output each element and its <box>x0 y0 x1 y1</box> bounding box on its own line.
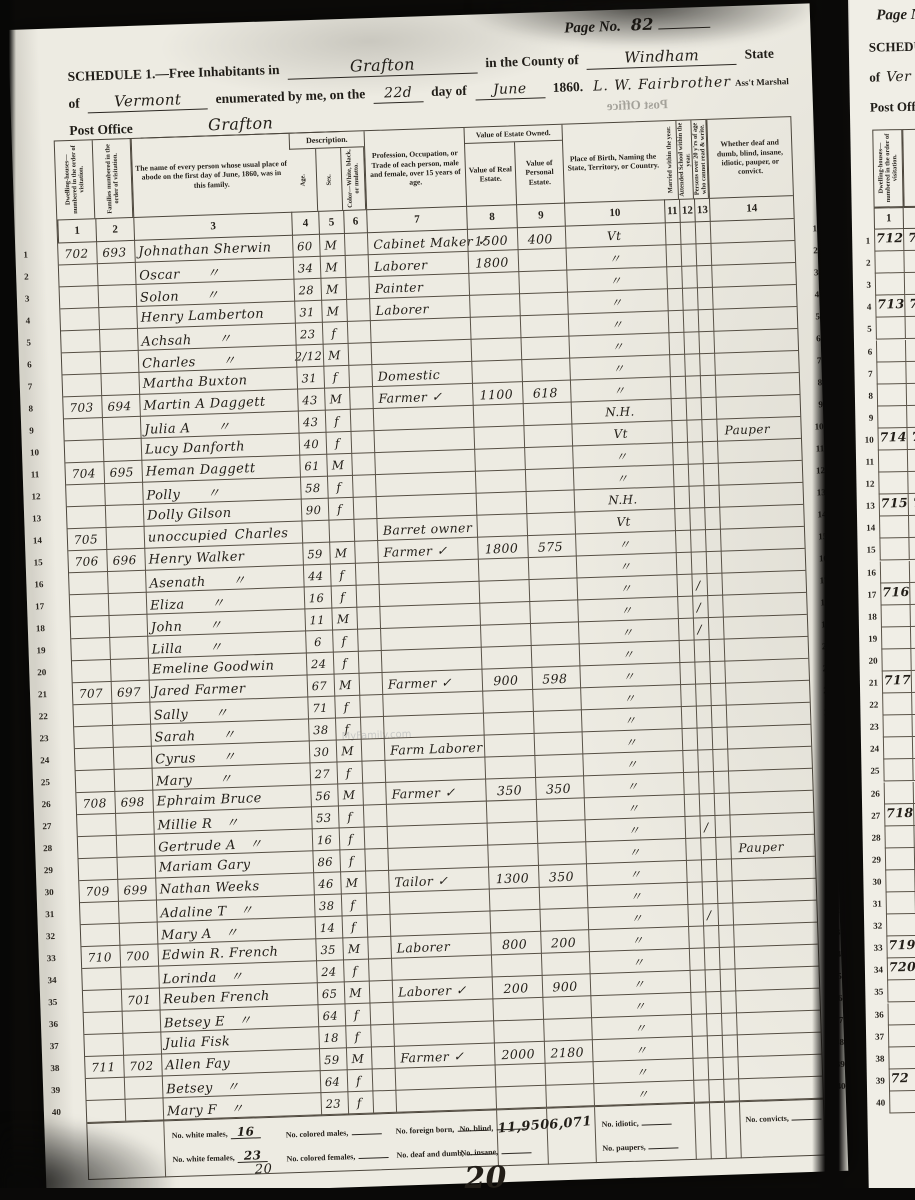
cell-birth: 〃 <box>593 1059 692 1084</box>
cell-real: 1100 <box>472 382 521 406</box>
bottom-scrawl: 20 <box>464 1160 508 1196</box>
row-number-right: 32 <box>817 899 840 922</box>
cell-age: 61 <box>299 455 325 478</box>
footer-line <box>724 1103 727 1159</box>
cell-occupation: Cabinet Maker ✓ <box>373 230 466 255</box>
footer-line <box>709 1103 712 1159</box>
cell-occupation: Barret owner <box>382 516 475 541</box>
col-number-remarks: 14 <box>709 195 794 222</box>
cell-dwelling: 708 <box>76 792 113 815</box>
col-header-family: Families numbered in the order of visita… <box>93 139 134 218</box>
cell-sex: f <box>339 828 363 851</box>
cell-age: 24 <box>316 960 342 983</box>
state-value: Vermont <box>114 90 182 110</box>
next-cell-dwelling <box>883 759 913 782</box>
cell-age: 27 <box>309 763 335 786</box>
bleedthrough-text: Post Office <box>607 96 669 114</box>
cell-school: / <box>702 904 716 926</box>
cell-real: 2000 <box>494 1042 543 1066</box>
next-of-label: of <box>869 69 880 85</box>
cell-personal: 575 <box>527 535 574 559</box>
col-header-name: The name of every person whose usual pla… <box>131 134 291 217</box>
cell-sex: f <box>327 476 351 499</box>
cell-sex: f <box>344 1004 368 1027</box>
cell-age: 44 <box>303 565 329 588</box>
cell-family: 698 <box>114 791 151 814</box>
cell-sex: f <box>331 586 355 609</box>
row-number-left: 9 <box>29 419 52 442</box>
row-number-right: 2 <box>795 239 818 262</box>
cell-dwelling: 710 <box>81 946 118 969</box>
row-number-right: 36 <box>820 987 843 1010</box>
footer-total-personal: 6,071 <box>548 1114 593 1133</box>
cell-family: 693 <box>96 241 133 264</box>
next-state-partial: Ver <box>886 69 911 85</box>
next-entry-family: 70 <box>909 296 915 311</box>
row-number-left: 19 <box>36 639 59 662</box>
cell-age: 65 <box>317 982 343 1005</box>
cell-occupation: Domestic <box>377 362 470 387</box>
row-number-left: 1 <box>23 243 46 266</box>
footer-paupers-label: No. paupers, <box>602 1142 646 1152</box>
cell-school: / <box>693 618 707 640</box>
next-cell-family <box>906 339 915 362</box>
row-number-left: 11 <box>30 463 53 486</box>
footer-count: No. white females,23 <box>172 1148 268 1165</box>
next-row-number: 16 <box>860 561 876 583</box>
col-number-personal: 9 <box>516 203 565 229</box>
next-cell-family <box>909 538 915 561</box>
cell-dwelling: 709 <box>79 880 116 903</box>
cell-occupation: Painter <box>374 274 467 299</box>
cell-birth: Vt <box>571 421 670 446</box>
footer-idiotic: No. idiotic, <box>601 1111 672 1129</box>
row-number-right: 39 <box>822 1053 845 1076</box>
next-entry-dwelling: 716 <box>882 584 910 599</box>
cell-sex: M <box>334 674 358 697</box>
row-number-right: 22 <box>810 679 833 702</box>
row-number-left: 24 <box>40 749 63 772</box>
cell-school: / <box>691 574 705 596</box>
page-number-line: Page No. 82 <box>564 13 710 38</box>
cell-birth: 〃 <box>589 949 688 974</box>
next-entry-dwelling: 715 <box>881 495 909 510</box>
cell-sex: M <box>320 256 344 279</box>
row-number-right: 20 <box>809 635 832 658</box>
next-cell-dwelling <box>881 649 911 672</box>
cell-age: 6 <box>305 631 331 654</box>
next-entry-dwelling: 717 <box>884 672 912 687</box>
cell-age: 64 <box>318 1004 344 1027</box>
col-number-family: 2 <box>95 217 134 242</box>
footer-convicts-label: No. convicts, <box>745 1114 789 1124</box>
cell-sex: f <box>332 630 356 653</box>
row-number-left: 20 <box>37 661 60 684</box>
col-number-real: 8 <box>466 204 517 230</box>
state-field: Vermont <box>87 89 208 113</box>
cell-real: 1800 <box>477 536 526 560</box>
cell-age: 40 <box>299 433 325 456</box>
cell-age: 14 <box>315 916 341 939</box>
cell-occupation: Farmer ✓ <box>378 384 471 409</box>
cell-personal: 900 <box>542 974 589 998</box>
cell-age: 34 <box>293 257 319 280</box>
next-col1-header: Dwelling-houses—numbered in the order of… <box>872 129 903 208</box>
col-header-color: Color—White, black, or mulatto. <box>341 147 366 210</box>
next-cell-family <box>911 604 915 627</box>
row-number-right: 13 <box>803 481 826 504</box>
cell-age: 28 <box>293 279 319 302</box>
row-number-right: 40 <box>823 1075 846 1098</box>
footer-count-label: No. white females, <box>172 1153 234 1164</box>
cell-dwelling: 703 <box>63 396 100 419</box>
row-number-left: 18 <box>35 617 58 640</box>
next-cell-dwelling <box>878 450 908 473</box>
footer-convicts: No. convicts, <box>745 1106 822 1125</box>
cell-family: 695 <box>103 461 140 484</box>
col-header-occupation: Profession, Occupation, or Trade of each… <box>364 128 467 209</box>
row-number-left: 34 <box>47 968 70 991</box>
cell-sex: M <box>331 608 355 631</box>
next-entry-dwelling: 718 <box>886 805 914 820</box>
cell-sex: f <box>325 410 349 433</box>
footer-count-label: No. deaf and dumb, <box>396 1149 464 1160</box>
next-row-number: 6 <box>856 340 872 362</box>
next-cell-dwelling <box>884 826 914 849</box>
enumerated-label: enumerated by me, on the <box>215 86 365 107</box>
cell-age: 43 <box>297 389 323 412</box>
footer-count-label: No. colored males, <box>286 1128 349 1139</box>
cell-sex: M <box>323 344 347 367</box>
row-number-left: 14 <box>33 529 56 552</box>
post-office-label: Post Office <box>69 121 133 139</box>
next-row-number: 18 <box>861 605 877 627</box>
next-row-number: 10 <box>857 429 873 451</box>
cell-birth: 〃 <box>582 729 681 754</box>
next-page-no-label: Page N <box>876 7 915 25</box>
next-row-number: 27 <box>864 804 880 826</box>
cell-occupation: Laborer <box>375 296 468 321</box>
next-row-number: 19 <box>861 627 877 649</box>
next-schedule-label: SCHEDU <box>869 39 915 56</box>
next-cell-dwelling <box>888 1002 915 1025</box>
cell-occupation: Farmer ✓ <box>388 670 481 695</box>
footer-line <box>163 1121 166 1177</box>
next-row-number: 4 <box>855 296 871 318</box>
cell-age: 46 <box>313 873 339 896</box>
next-cell-dwelling <box>876 340 906 363</box>
next-row-number: 17 <box>860 583 876 605</box>
row-number-left: 23 <box>39 727 62 750</box>
row-number-left: 7 <box>27 375 50 398</box>
row-number-left: 3 <box>25 287 48 310</box>
cell-age: 38 <box>308 719 334 742</box>
day-of-label: day of <box>431 83 467 100</box>
footer-count: No. colored females, <box>286 1144 388 1163</box>
footer-line <box>739 1102 742 1158</box>
cell-family: 700 <box>119 945 156 968</box>
row-number-right: 11 <box>802 437 825 460</box>
next-cell-family <box>906 361 915 384</box>
next-cell-dwelling <box>886 892 915 915</box>
cell-birth: 〃 <box>591 1015 690 1040</box>
next-cell-dwelling <box>881 605 911 628</box>
year-value: 1860. <box>552 79 583 96</box>
row-number-right: 35 <box>819 965 842 988</box>
cell-sex: f <box>323 366 347 389</box>
cell-sex: M <box>340 872 364 895</box>
of-label: of <box>68 96 80 112</box>
cell-birth: 〃 <box>585 839 684 864</box>
footer-total-real: 11,950 <box>497 1118 546 1137</box>
row-number-left: 10 <box>30 441 53 464</box>
next-row-number: 12 <box>858 473 874 495</box>
cell-age: 71 <box>307 697 333 720</box>
next-cell-family <box>911 626 915 649</box>
footer-count: No. colored males, <box>285 1120 381 1139</box>
cell-sex: f <box>334 696 358 719</box>
row-number-right: 38 <box>822 1031 845 1054</box>
row-number-right: 29 <box>815 833 838 856</box>
cell-age: 64 <box>320 1070 346 1093</box>
next-cell-dwelling <box>886 914 915 937</box>
row-number-right: 14 <box>804 503 827 526</box>
next-row-number: 21 <box>862 672 878 694</box>
next-row-number: 13 <box>859 495 875 517</box>
cell-birth: 〃 <box>573 465 672 490</box>
cell-sex: M <box>324 388 348 411</box>
row-number-left: 6 <box>27 353 50 376</box>
next-row-number: 23 <box>862 716 878 738</box>
next-cell-family <box>908 449 915 472</box>
footer-count-label: No. colored females, <box>286 1152 355 1163</box>
row-number-right: 8 <box>800 371 823 394</box>
cell-occupation: Farm Laborer <box>390 736 483 761</box>
cell-dwelling: 702 <box>58 242 95 265</box>
cell-real: 350 <box>485 778 534 802</box>
col-number-married: 11 <box>664 199 680 223</box>
cell-sex: M <box>342 938 366 961</box>
cell-birth: 〃 <box>566 267 665 292</box>
next-row-number: 11 <box>858 451 874 473</box>
cell-sex: M <box>344 982 368 1005</box>
col-number-dwelling: 1 <box>57 218 96 243</box>
next-cell-dwelling <box>879 516 909 539</box>
row-number-left: 38 <box>50 1056 73 1079</box>
footer-count: No. insane, <box>460 1139 531 1157</box>
col-header-personal: Value of Personal Estate. <box>514 141 564 205</box>
row-number-left: 31 <box>45 903 68 926</box>
next-row-number: 2 <box>854 252 870 274</box>
row-number-right: 12 <box>803 459 826 482</box>
cell-age: 31 <box>296 367 322 390</box>
row-number-left: 39 <box>51 1078 74 1101</box>
page-no-underline <box>658 13 710 30</box>
cell-age: 90 <box>301 499 327 522</box>
next-row-number: 30 <box>865 870 881 892</box>
day-field: 22d <box>373 83 424 104</box>
next-of-line: of Ver <box>869 69 911 86</box>
cell-age: 56 <box>310 785 336 808</box>
next-cell-dwelling <box>887 980 915 1003</box>
footer-scribble: 20 <box>255 1162 273 1178</box>
next-entry-family: 70 <box>908 230 915 245</box>
next-col2-number: 2 <box>904 206 915 229</box>
cell-sex: f <box>341 894 365 917</box>
cell-birth: 〃 <box>572 443 671 468</box>
next-row-number: 25 <box>863 760 879 782</box>
cell-birth: 〃 <box>570 377 669 402</box>
cell-personal: 2180 <box>544 1040 591 1064</box>
cell-school: / <box>692 596 706 618</box>
cell-real: 1800 <box>468 250 517 274</box>
footer-count-value <box>351 1120 381 1135</box>
cell-personal: 350 <box>538 864 585 888</box>
footer-count-value <box>358 1144 388 1159</box>
row-number-left: 36 <box>49 1012 72 1035</box>
cell-real: 200 <box>492 976 541 1000</box>
row-number-left: 17 <box>35 595 58 618</box>
cell-family: 701 <box>121 989 158 1012</box>
cell-real: 1300 <box>488 866 537 890</box>
cell-age: 35 <box>315 938 341 961</box>
cell-birth: 〃 <box>579 663 678 688</box>
col-header-real: Value of Real Estate. <box>464 142 516 206</box>
cell-age: 18 <box>318 1026 344 1049</box>
next-entry-family: 70 <box>911 429 915 444</box>
next-cell-dwelling <box>885 848 915 871</box>
footer-paupers-value <box>648 1134 678 1149</box>
row-number-left: 30 <box>44 881 67 904</box>
cell-age: 23 <box>320 1092 346 1115</box>
next-cell-family <box>910 560 915 583</box>
row-number-left: 15 <box>33 551 56 574</box>
col-header-dwelling: Dwelling-houses—numbered in the order of… <box>55 140 96 219</box>
row-number-left: 26 <box>41 793 64 816</box>
schedule-title: SCHEDULE 1.—Free Inhabitants in <box>67 62 279 85</box>
col-number-occupation: 7 <box>366 206 467 233</box>
next-row-number: 40 <box>869 1091 885 1113</box>
footer-count-value: 16 <box>230 1124 260 1139</box>
footer-paupers: No. paupers, <box>602 1134 679 1153</box>
next-cell-family <box>907 405 915 428</box>
row-number-right: 31 <box>817 877 840 900</box>
cell-sex: M <box>329 542 353 565</box>
cell-sex: f <box>328 498 352 521</box>
cell-age: 16 <box>304 587 330 610</box>
next-cell-dwelling <box>884 781 914 804</box>
cell-sex: M <box>337 784 361 807</box>
next-entry-dwelling: 72 <box>891 1070 909 1085</box>
cell-sex: f <box>338 806 362 829</box>
state-word: State <box>744 46 774 63</box>
next-cell-dwelling <box>876 317 906 340</box>
cell-birth: 〃 <box>588 927 687 952</box>
cell-family: 694 <box>101 395 138 418</box>
next-cell-dwelling <box>880 561 910 584</box>
next-cell-dwelling <box>883 737 913 760</box>
footer-count-value <box>501 1139 531 1154</box>
cell-occupation: Farmer ✓ <box>383 538 476 563</box>
cell-occupation: Laborer ✓ <box>398 978 491 1003</box>
census-table: Description.Value of Estate Owned.Dwelli… <box>54 116 826 1180</box>
next-cell-dwelling <box>875 273 905 296</box>
next-cell-dwelling <box>877 384 907 407</box>
col-number-age: 4 <box>291 211 319 236</box>
row-number-right: 19 <box>808 613 831 636</box>
row-number-left: 35 <box>48 990 71 1013</box>
cell-birth: 〃 <box>578 619 677 644</box>
next-row-number: 34 <box>867 959 883 981</box>
cell-real: 800 <box>490 932 539 956</box>
day-value: 22d <box>384 85 412 102</box>
row-number-right: 5 <box>798 305 821 328</box>
row-number-left: 25 <box>41 771 64 794</box>
cell-sex: f <box>333 652 357 675</box>
next-row-number: 28 <box>864 826 880 848</box>
cell-age: 2/12 <box>296 345 322 368</box>
row-number-left: 2 <box>24 265 47 288</box>
cell-dwelling: 711 <box>85 1056 122 1079</box>
next-row-number: 22 <box>862 694 878 716</box>
cell-personal: 618 <box>522 381 569 405</box>
cell-sex: f <box>339 850 363 873</box>
footer-count-label: No. foreign born, <box>396 1125 455 1136</box>
cell-age: 58 <box>300 477 326 500</box>
page-no-label: Page No. <box>564 19 621 38</box>
cell-personal: 350 <box>535 776 582 800</box>
row-number-left: 37 <box>49 1034 72 1057</box>
col-number-sex: 5 <box>318 210 344 235</box>
next-entry-dwelling: 719 <box>888 937 915 952</box>
row-number-right: 17 <box>806 569 829 592</box>
row-number-left: 29 <box>44 859 67 882</box>
col-header-sex: Sex. <box>316 148 343 211</box>
cell-occupation: Laborer <box>396 934 489 959</box>
next-cell-dwelling <box>879 538 909 561</box>
cell-remarks: Pauper <box>738 835 813 859</box>
row-number-left: 32 <box>46 925 69 948</box>
census-scan: Page No. 82 SCHEDULE 1.—Free Inhabitants… <box>0 0 915 1200</box>
cell-sex: f <box>343 960 367 983</box>
cell-sex: M <box>319 234 343 257</box>
footer-count-label: No. insane, <box>460 1147 498 1157</box>
next-row-number: 1 <box>854 230 870 252</box>
row-number-left: 40 <box>52 1100 75 1123</box>
row-number-right: 28 <box>814 811 837 834</box>
next-cell-family <box>905 273 915 296</box>
next-row-number: 32 <box>866 915 882 937</box>
cell-dwelling: 704 <box>65 462 102 485</box>
cell-sex: f <box>335 718 359 741</box>
next-row-number: 14 <box>859 517 875 539</box>
row-number-left: 16 <box>34 573 57 596</box>
row-number-right: 23 <box>811 701 834 724</box>
next-row-number: 15 <box>859 539 875 561</box>
cell-sex: M <box>321 300 345 323</box>
row-number-left: 33 <box>46 947 69 970</box>
next-row-number: 29 <box>865 848 881 870</box>
next-cell-family <box>911 648 915 671</box>
next-cell-dwelling <box>878 472 908 495</box>
next-row-number: 36 <box>868 1003 884 1025</box>
page-no-value: 82 <box>631 15 655 35</box>
next-row-number: 8 <box>857 384 873 406</box>
marshal-signature: L. W. Fairbrother <box>593 74 731 95</box>
cell-family: 702 <box>123 1055 160 1078</box>
county-field: Windham <box>586 45 737 70</box>
cell-family: 697 <box>111 681 148 704</box>
